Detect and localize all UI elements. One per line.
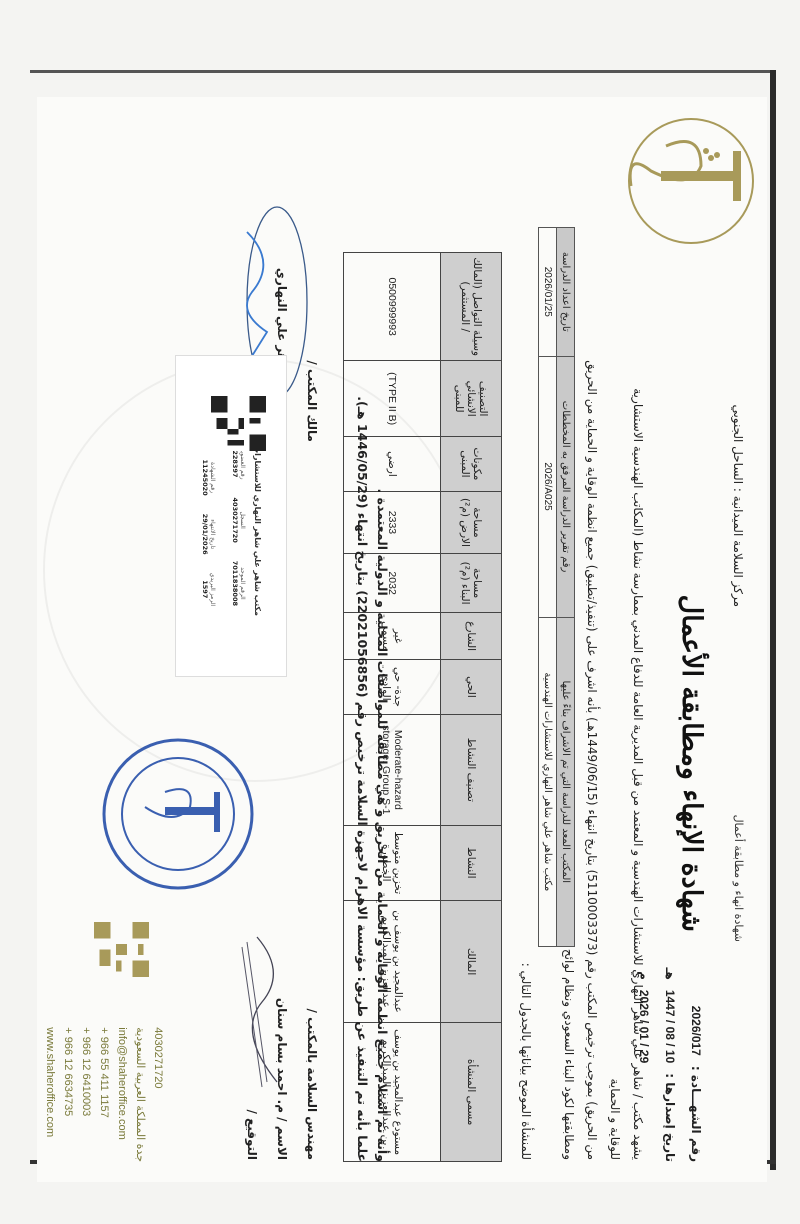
table-header: مساحة الارض (م²) — [441, 491, 502, 553]
phone-3: + 966 12 6634735 — [59, 1027, 77, 1162]
page-title: شهادة الإنهاء ومطابقة الأعمال — [676, 595, 707, 932]
hijri-suffix: هـ — [657, 967, 683, 979]
moc-field: الرمز البريدي1597 — [201, 573, 216, 606]
intro-line: من الحريق) بموجب ترخيص المكتب رقم (51100… — [580, 360, 603, 1160]
moc-field: الرقم الموحد7011838008 — [231, 561, 246, 606]
report-value-row: مكتب شاهر علي شاهر النهاري للاستشارات ال… — [539, 228, 557, 947]
table-header: مكونات المبنى — [441, 436, 502, 491]
facility-header-row: مسمى المنشأة المالك النشاط تصنيف النشاط … — [441, 253, 502, 1162]
office-logo-icon — [611, 111, 761, 251]
commercial-registration: 4030271720 — [149, 1027, 167, 1162]
moc-field: السجل4030271720 — [231, 498, 246, 543]
intro-line: يشهد مكتب / شاهر علي شاهر النهاري للاستش… — [603, 360, 649, 1160]
moc-card-fields: الرقم الموحد7011838008 السجل4030271720 ر… — [231, 448, 246, 606]
issue-date-label: تاريخ إصدارها : — [657, 1073, 683, 1162]
office-qr-code-icon[interactable] — [94, 922, 149, 977]
moc-field: رقم العضوية228397 — [231, 448, 246, 479]
report-header-cell: رقم تقرير الدراسة المرفق به المخططات — [557, 356, 575, 617]
report-value-cell: 2026/01/25 — [539, 228, 557, 357]
closing-line: علما بأنه تم التنفيذ عن طريق: مؤسسة الاه… — [352, 202, 372, 1162]
table-header: مسمى المنشأة — [441, 1023, 502, 1162]
photo-edge-top — [30, 70, 776, 73]
table-header: المالك — [441, 900, 502, 1022]
table-header: وسيلة التواصل (المالك / المستثمر) — [441, 253, 502, 361]
report-header-cell: تاريخ اعداد الدراسة — [557, 228, 575, 357]
certificate-sheet: شهادة انهاء و مطابقة أعمال مركز السلامة … — [37, 97, 767, 1182]
office-stamp-icon — [100, 737, 255, 892]
closing-line: وأنه تم استلام جميع انظمة الوقاية و الحم… — [372, 202, 392, 1162]
report-value-cell: مكتب شاهر علي شاهر النهاري للاستشارات ال… — [539, 617, 557, 946]
safety-center-name: مركز السلامة الميدانية : الساحل الجنوبي — [731, 404, 745, 607]
contact-block: 4030271720 جدة المملكة العربية السعودية … — [41, 1027, 167, 1162]
phone-1: + 966 55 411 1157 — [95, 1027, 113, 1162]
closing-statement: وأنه تم استلام جميع انظمة الوقاية و الحم… — [352, 202, 392, 1162]
document-type: شهادة انهاء و مطابقة أعمال — [732, 815, 745, 942]
study-report-table: المكتب المعد للدراسة التي تم الاشراف بنا… — [538, 227, 575, 947]
table-header: الحي — [441, 659, 502, 714]
ministry-registration-card: مكتب شاهر علي شاهر النهاري للاستشارات ال… — [175, 355, 287, 677]
phone-2: + 966 12 6410003 — [77, 1027, 95, 1162]
certificate-number: 2026/017 — [683, 1006, 709, 1056]
website-link[interactable]: www.shaheroffice.com — [41, 1027, 59, 1162]
email-link[interactable]: info@shaheroffice.com — [113, 1027, 131, 1162]
report-header-row: المكتب المعد للدراسة التي تم الاشراف بنا… — [557, 228, 575, 947]
moc-card-fields: الرمز البريدي1597 تاريخ الانتهاء29/01/20… — [201, 460, 216, 607]
facility-note: للمنشأة الموضح بياناتها بالجدول التالي : — [517, 960, 535, 1160]
certificate-number-label: رقم الشهـــادة : — [683, 1066, 709, 1162]
photo-edge-right — [770, 70, 776, 1170]
engineer-signature-icon — [237, 932, 297, 1092]
table-header: تصنيف النشاط — [441, 714, 502, 825]
report-header-cell: المكتب المعد للدراسة التي تم الاشراف بنا… — [557, 617, 575, 946]
moc-field: تاريخ الانتهاء29/01/2026 — [201, 514, 216, 555]
moc-qr-code-icon[interactable] — [211, 396, 266, 451]
issue-date-hijri: 1447 / 08 / 10 — [657, 990, 683, 1063]
table-header: الشارع — [441, 613, 502, 660]
moc-field: رقم الشهادة11245020 — [201, 460, 216, 496]
location: جدة المملكة العربية السعودية — [131, 1027, 149, 1162]
engineer-role: مهندس السلامة بالمكتب / — [297, 998, 327, 1160]
report-value-cell: 2026/A025 — [539, 356, 557, 617]
table-header: التصنيف الانشائي للمبنى — [441, 361, 502, 436]
table-header: مساحة البناء (م²) — [441, 553, 502, 612]
table-header: النشاط — [441, 825, 502, 900]
